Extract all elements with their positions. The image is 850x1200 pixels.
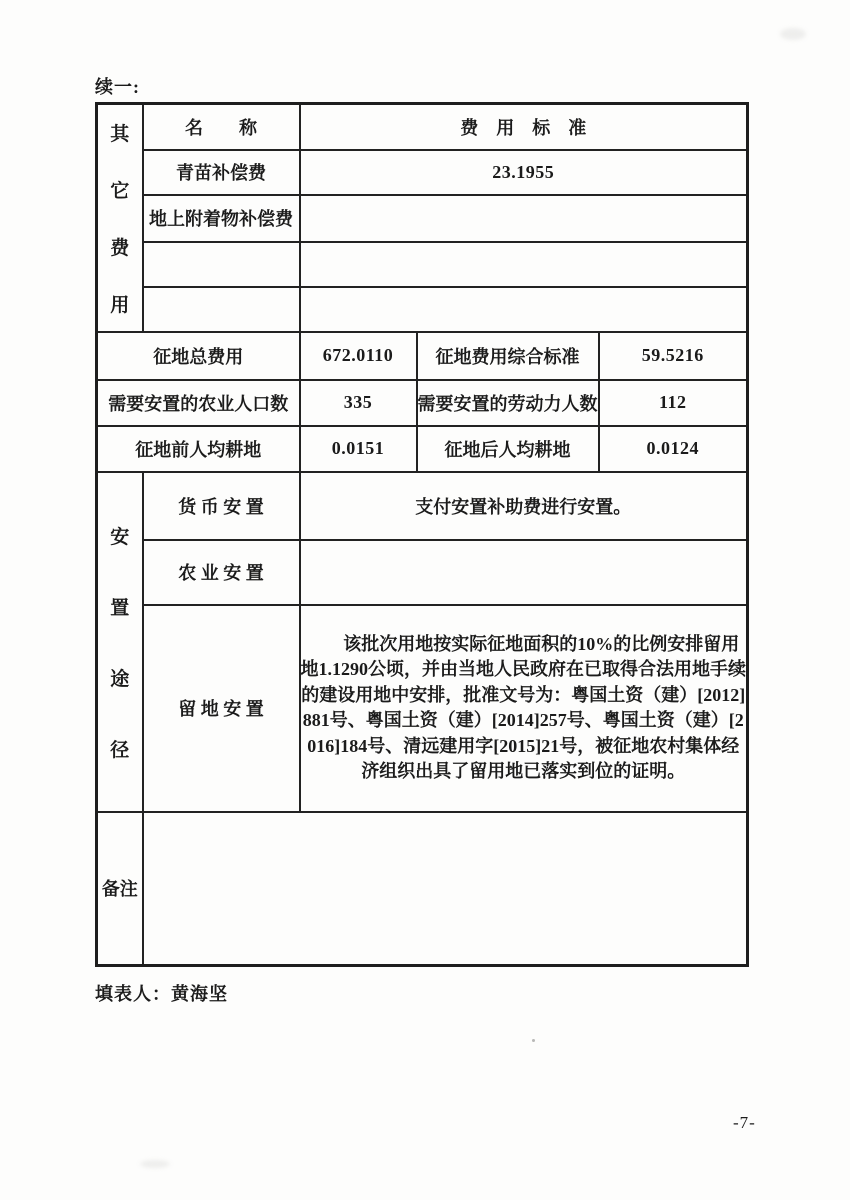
group-char: 它 xyxy=(110,176,129,203)
summary-label: 征地前人均耕地 xyxy=(97,426,300,472)
group-char: 用 xyxy=(110,290,129,317)
resettlement-type-label: 留 地 安 置 xyxy=(143,605,300,812)
summary-value: 0.0151 xyxy=(300,426,417,472)
summary-row: 征地前人均耕地 0.0151 征地后人均耕地 0.0124 xyxy=(97,426,748,472)
fee-row: 青苗补偿费 23.1955 xyxy=(97,150,748,195)
resettlement-row: 留 地 安 置 该批次用地按实际征地面积的10%的比例安排留用地1.1290公顷… xyxy=(97,605,748,812)
summary-label: 征地总费用 xyxy=(97,332,300,380)
fee-name xyxy=(143,242,300,287)
resettlement-group-cell: 安 置 途 径 xyxy=(97,472,143,812)
remarks-content xyxy=(143,812,748,966)
fee-name: 青苗补偿费 xyxy=(143,150,300,195)
summary-value: 0.0124 xyxy=(599,426,748,472)
group-char: 费 xyxy=(110,233,129,260)
scan-smudge xyxy=(140,1160,170,1168)
fee-name xyxy=(143,287,300,332)
group-char: 安 xyxy=(110,522,129,549)
form-filler-line: 填表人：黄海坚 xyxy=(95,980,228,1006)
resettlement-content xyxy=(300,540,748,605)
page-number: -7- xyxy=(733,1113,756,1133)
scan-smudge xyxy=(780,28,806,40)
continuation-label: 续一: xyxy=(95,73,140,99)
summary-label: 需要安置的劳动力人数 xyxy=(417,380,599,426)
summary-value: 672.0110 xyxy=(300,332,417,380)
remarks-label: 备注 xyxy=(97,812,143,966)
fee-value xyxy=(300,195,748,242)
fee-row: 地上附着物补偿费 xyxy=(97,195,748,242)
group-char: 途 xyxy=(110,664,129,691)
scan-speck xyxy=(532,1039,535,1042)
resettlement-type-label: 农 业 安 置 xyxy=(143,540,300,605)
fee-row xyxy=(97,242,748,287)
fee-value: 23.1955 xyxy=(300,150,748,195)
summary-value: 335 xyxy=(300,380,417,426)
summary-label: 需要安置的农业人口数 xyxy=(97,380,300,426)
group-char: 其 xyxy=(110,119,129,146)
resettlement-type-label: 货 币 安 置 xyxy=(143,472,300,540)
summary-label: 征地后人均耕地 xyxy=(417,426,599,472)
remarks-row: 备注 xyxy=(97,812,748,966)
summary-row: 征地总费用 672.0110 征地费用综合标准 59.5216 xyxy=(97,332,748,380)
fee-value xyxy=(300,287,748,332)
land-acquisition-fee-table: 其 它 费 用 名 称 费 用 标 准 青苗补偿费 23.1955 地上附着物补… xyxy=(95,102,749,967)
summary-value: 59.5216 xyxy=(599,332,748,380)
col-header-name: 名 称 xyxy=(143,104,300,150)
fee-value xyxy=(300,242,748,287)
summary-label: 征地费用综合标准 xyxy=(417,332,599,380)
resettlement-content: 支付安置补助费进行安置。 xyxy=(300,472,748,540)
col-header-standard: 费 用 标 准 xyxy=(300,104,748,150)
resettlement-row: 安 置 途 径 货 币 安 置 支付安置补助费进行安置。 xyxy=(97,472,748,540)
other-fees-group-label: 其 它 费 用 xyxy=(98,119,142,317)
scanned-form-page: 续一: 其 它 费 用 名 称 费 用 标 准 青苗 xyxy=(0,0,850,1200)
group-char: 径 xyxy=(110,735,129,762)
other-fees-group-cell: 其 它 费 用 xyxy=(97,104,143,332)
resettlement-row: 农 业 安 置 xyxy=(97,540,748,605)
fee-row xyxy=(97,287,748,332)
other-fees-header-row: 其 它 费 用 名 称 费 用 标 准 xyxy=(97,104,748,150)
summary-value: 112 xyxy=(599,380,748,426)
group-char: 置 xyxy=(110,593,129,620)
resettlement-content: 该批次用地按实际征地面积的10%的比例安排留用地1.1290公顷，并由当地人民政… xyxy=(300,605,748,812)
fee-name: 地上附着物补偿费 xyxy=(143,195,300,242)
resettlement-group-label: 安 置 途 径 xyxy=(98,522,142,762)
summary-row: 需要安置的农业人口数 335 需要安置的劳动力人数 112 xyxy=(97,380,748,426)
